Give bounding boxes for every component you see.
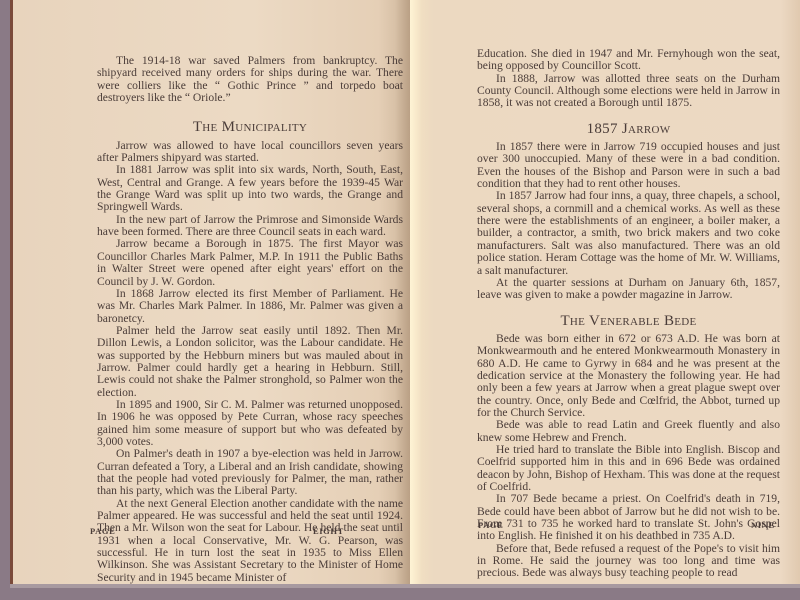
paragraph: In 707 Bede became a priest. On Coelfrid… — [477, 493, 780, 542]
paragraph: Bede was able to read Latin and Greek fl… — [477, 419, 780, 444]
folio-page-number: EIGHT — [313, 526, 344, 536]
paragraph: Palmer held the Jarrow seat easily until… — [97, 325, 403, 399]
paragraph: In 1895 and 1900, Sir C. M. Palmer was r… — [97, 399, 403, 448]
booklet-spread: The 1914-18 war saved Palmers from bankr… — [10, 0, 800, 588]
paragraph: Jarrow became a Borough in 1875. The fir… — [97, 238, 403, 287]
left-page-text: The 1914-18 war saved Palmers from bankr… — [97, 55, 403, 584]
paragraph: In 1888, Jarrow was allotted three seats… — [477, 73, 780, 110]
paragraph: In 1881 Jarrow was split into six wards,… — [97, 164, 403, 213]
paragraph: In 1868 Jarrow elected its first Member … — [97, 288, 403, 325]
paragraph: In the new part of Jarrow the Primrose a… — [97, 214, 403, 239]
folio-page-label: PAGE — [478, 520, 503, 530]
paragraph: On Palmer's death in 1907 a bye-election… — [97, 448, 403, 497]
paragraph: Jarrow was allowed to have local council… — [97, 140, 403, 165]
right-page-text: Education. She died in 1947 and Mr. Fern… — [477, 48, 780, 580]
folio-page-number: NINE — [751, 520, 775, 530]
paragraph: In 1857 Jarrow had four inns, a quay, th… — [477, 190, 780, 276]
paragraph: In 1857 there were in Jarrow 719 occupie… — [477, 141, 780, 190]
section-title-1857-jarrow: 1857 Jarrow — [477, 123, 780, 135]
paragraph: At the next General Election another can… — [97, 498, 403, 584]
paragraph: At the quarter sessions at Durham on Jan… — [477, 277, 780, 302]
folio-page-label: PAGE — [90, 526, 115, 536]
paragraph: He tried hard to translate the Bible int… — [477, 444, 780, 493]
paragraph: The 1914-18 war saved Palmers from bankr… — [97, 55, 403, 104]
bottom-edge-shadow — [10, 584, 800, 588]
section-title-municipality: The Municipality — [97, 121, 403, 133]
section-title-venerable-bede: The Venerable Bede — [477, 315, 780, 327]
paragraph: Bede was born either in 672 or 673 A.D. … — [477, 333, 780, 419]
paragraph: Before that, Bede refused a request of t… — [477, 543, 780, 580]
paragraph-continuation: Education. She died in 1947 and Mr. Fern… — [477, 48, 780, 73]
gutter-highlight — [410, 0, 422, 588]
